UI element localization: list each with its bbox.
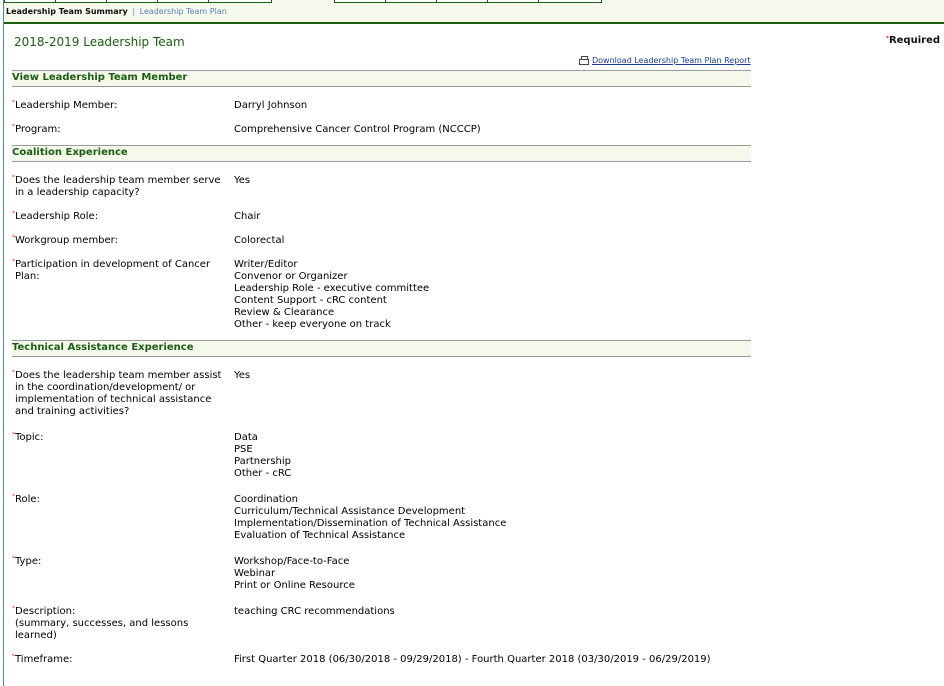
tab-stub[interactable] xyxy=(334,0,386,3)
field-value-item: PSE xyxy=(234,444,751,456)
required-star-icon: * xyxy=(12,172,15,184)
field-row: *Role:CoordinationCurriculum/Technical A… xyxy=(12,491,751,553)
required-star-icon: * xyxy=(12,651,15,663)
field-row: *Description: (summary, successes, and l… xyxy=(12,603,751,651)
field-value-item: Curriculum/Technical Assistance Developm… xyxy=(234,506,751,518)
section-header: View Leadership Team Member xyxy=(12,70,751,87)
field-label: *Timeframe: xyxy=(12,651,234,675)
field-label: *Type: xyxy=(12,553,234,603)
field-label-text: Workgroup member: xyxy=(12,235,234,247)
field-value-item: Convenor or Organizer xyxy=(234,271,751,283)
tab-stub[interactable] xyxy=(106,0,158,3)
field-row: *Timeframe:First Quarter 2018 (06/30/201… xyxy=(12,651,751,675)
download-report[interactable]: Download Leadership Team Plan Report xyxy=(579,56,751,65)
field-value-item: Workshop/Face-to-Face xyxy=(234,556,751,568)
field-value: Writer/EditorConvenor or OrganizerLeader… xyxy=(234,256,751,340)
field-value: Chair xyxy=(234,208,751,232)
subnav-link-plan[interactable]: Leadership Team Plan xyxy=(140,7,227,16)
subnav-separator: | xyxy=(132,7,135,16)
field-value: Workshop/Face-to-FaceWebinarPrint or Onl… xyxy=(234,553,751,603)
subnav-bar: Leadership Team Summary | Leadership Tea… xyxy=(4,0,944,24)
field-value: DataPSEPartnershipOther - cRC xyxy=(234,429,751,491)
background-window-edge xyxy=(0,0,4,686)
field-value-item: Colorectal xyxy=(234,235,751,247)
tab-stub[interactable] xyxy=(208,0,272,3)
field-label-text: Does the leadership team member assist i… xyxy=(12,370,234,418)
required-star-icon: * xyxy=(12,232,15,244)
required-star-icon: * xyxy=(12,121,15,133)
field-value: Comprehensive Cancer Control Program (NC… xyxy=(234,121,751,145)
field-value-item: Yes xyxy=(234,175,751,187)
field-row: *Program:Comprehensive Cancer Control Pr… xyxy=(12,121,751,145)
field-label-text: Program: xyxy=(12,124,234,136)
field-label-text: Does the leadership team member serve in… xyxy=(12,175,234,199)
field-value: Darryl Johnson xyxy=(234,97,751,121)
required-star-icon: * xyxy=(12,429,15,441)
field-label: *Does the leadership team member serve i… xyxy=(12,172,234,208)
tab-stub[interactable] xyxy=(538,0,602,3)
field-value-item: Implementation/Dissemination of Technica… xyxy=(234,518,751,530)
field-value-item: Data xyxy=(234,432,751,444)
required-star-icon: * xyxy=(12,553,15,565)
field-value-item: Comprehensive Cancer Control Program (NC… xyxy=(234,124,751,136)
field-value-item: Darryl Johnson xyxy=(234,100,751,112)
field-value-item: Review & Clearance xyxy=(234,307,751,319)
tab-stub[interactable] xyxy=(436,0,488,3)
field-row: *Topic:DataPSEPartnershipOther - cRC xyxy=(12,429,751,491)
field-row: *Type:Workshop/Face-to-FaceWebinarPrint … xyxy=(12,553,751,603)
tab-stub[interactable] xyxy=(157,0,209,3)
required-star-icon: * xyxy=(12,97,15,109)
field-value: Yes xyxy=(234,172,751,208)
required-star-icon: * xyxy=(12,603,15,615)
required-star-icon: * xyxy=(12,256,15,268)
page-title: 2018-2019 Leadership Team xyxy=(14,35,185,49)
field-row: *Leadership Member:Darryl Johnson xyxy=(12,97,751,121)
field-value-item: Content Support - cRC content xyxy=(234,295,751,307)
field-value-item: Chair xyxy=(234,211,751,223)
field-label-text: Description: (summary, successes, and le… xyxy=(12,606,234,642)
field-label-text: Leadership Member: xyxy=(12,100,234,112)
subnav-current: Leadership Team Summary xyxy=(6,7,128,16)
section-header: Coalition Experience xyxy=(12,145,751,162)
field-label-text: Leadership Role: xyxy=(12,211,234,223)
field-label: *Participation in development of Cancer … xyxy=(12,256,234,340)
field-value-item: teaching CRC recommendations xyxy=(234,606,751,618)
field-label: *Leadership Member: xyxy=(12,97,234,121)
field-label: *Does the leadership team member assist … xyxy=(12,367,234,429)
field-value-item: Other - cRC xyxy=(234,468,751,480)
field-value: First Quarter 2018 (06/30/2018 - 09/29/2… xyxy=(234,651,751,675)
tab-stub[interactable] xyxy=(487,0,539,3)
field-value-item: Partnership xyxy=(234,456,751,468)
tab-stub[interactable] xyxy=(55,0,107,3)
field-value-item: Print or Online Resource xyxy=(234,580,751,592)
field-row: *Workgroup member:Colorectal xyxy=(12,232,751,256)
field-label-text: Timeframe: xyxy=(12,654,234,666)
required-star-icon: * xyxy=(12,367,15,379)
field-value: Colorectal xyxy=(234,232,751,256)
field-row: *Participation in development of Cancer … xyxy=(12,256,751,340)
field-value-item: Leadership Role - executive committee xyxy=(234,283,751,295)
field-value: Yes xyxy=(234,367,751,429)
required-legend: *Required xyxy=(886,35,940,46)
field-value-item: Yes xyxy=(234,370,751,382)
field-row: *Does the leadership team member serve i… xyxy=(12,172,751,208)
field-row: *Does the leadership team member assist … xyxy=(12,367,751,429)
field-label: *Topic: xyxy=(12,429,234,491)
field-label-text: Topic: xyxy=(12,432,234,444)
section-header: Technical Assistance Experience xyxy=(12,340,751,357)
leadership-team-panel: 2018-2019 Leadership Team *Required Down… xyxy=(4,24,944,686)
field-value-item: First Quarter 2018 (06/30/2018 - 09/29/2… xyxy=(234,654,751,666)
field-value: teaching CRC recommendations xyxy=(234,603,751,651)
field-value-item: Writer/Editor xyxy=(234,259,751,271)
field-label: *Workgroup member: xyxy=(12,232,234,256)
field-row: *Leadership Role:Chair xyxy=(12,208,751,232)
field-label: *Description: (summary, successes, and l… xyxy=(12,603,234,651)
field-value: CoordinationCurriculum/Technical Assista… xyxy=(234,491,751,553)
field-label: *Role: xyxy=(12,491,234,553)
field-label: *Leadership Role: xyxy=(12,208,234,232)
tab-strip xyxy=(4,0,944,3)
field-label: *Program: xyxy=(12,121,234,145)
field-value-item: Other - keep everyone on track xyxy=(234,319,751,331)
required-star-icon: * xyxy=(12,491,15,503)
field-value-item: Webinar xyxy=(234,568,751,580)
required-label: Required xyxy=(889,35,940,46)
tab-stub[interactable] xyxy=(385,0,437,3)
printer-icon xyxy=(579,56,589,64)
field-value-item: Coordination xyxy=(234,494,751,506)
breadcrumb: Leadership Team Summary | Leadership Tea… xyxy=(6,7,227,16)
details-table: View Leadership Team Member*Leadership M… xyxy=(12,70,751,675)
tab-stub[interactable] xyxy=(4,0,56,3)
field-label-text: Role: xyxy=(12,494,234,506)
required-star-icon: * xyxy=(12,208,15,220)
field-label-text: Type: xyxy=(12,556,234,568)
field-value-item: Evaluation of Technical Assistance xyxy=(234,530,751,542)
download-report-link[interactable]: Download Leadership Team Plan Report xyxy=(592,56,751,65)
field-label-text: Participation in development of Cancer P… xyxy=(12,259,234,283)
